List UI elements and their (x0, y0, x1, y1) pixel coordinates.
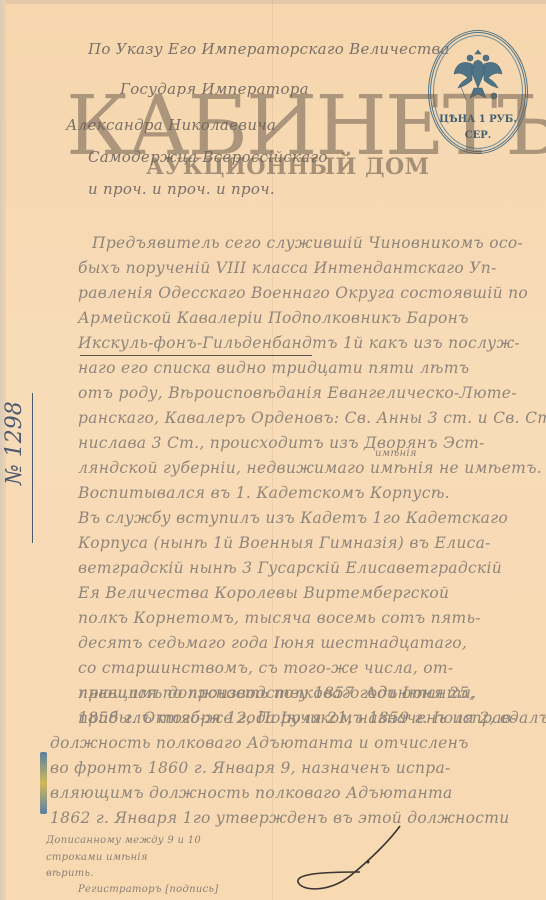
body-line: ранскаго, Кавалеръ Орденовъ: Св. Анны 3 … (78, 409, 546, 427)
body-line: ляндской губерніи, недвижимаго имѣнія не… (78, 459, 542, 477)
footnote-line: строками имѣнія (46, 852, 148, 863)
body-line: должность полковаго Адъютанта и отчислен… (50, 734, 469, 752)
body-line: во фронтъ 1860 г. Января 9, назначенъ ис… (50, 759, 451, 777)
footnote-line: Регистраторъ [подпись] (78, 884, 218, 895)
body-line: Корпуса (нынѣ 1й Военныя Гимназія) въ Ел… (78, 534, 491, 552)
body-line: отъ роду, Вѣроисповѣданія Евангелическо-… (78, 384, 517, 402)
body-line: полкъ Корнетомъ, тысяча восемь сотъ пять… (78, 609, 481, 627)
footnote-line: вѣрить. (46, 868, 94, 879)
body-line: наго его списка видно тридцати пяти лѣтъ (78, 359, 469, 377)
margin-rule (32, 393, 33, 543)
body-line: ветградскій нынѣ 3 Гусарскій Елисаветгра… (78, 559, 502, 577)
body-line: 1858 г. Октября 12, Поручикомъ 1859 г. І… (78, 709, 546, 727)
body-line: равленія Одесскаго Военнаго Округа состо… (78, 284, 528, 302)
interlinear-note: имѣнія (375, 448, 417, 459)
body-line: вляющимъ должность полковаго Адъютанта (50, 784, 453, 802)
binding-ribbon (40, 752, 47, 814)
body-line: Армейской Кавалеріи Подполковникъ Баронъ (78, 309, 469, 327)
body-line: 1862 г. Января 1го утвержденъ въ этой до… (50, 809, 510, 827)
body-line: нислава 3 Ст., происходитъ изъ Дворянъ Э… (78, 434, 485, 452)
body-line: Икскуль-фонъ-Гильденбандтъ 1й какъ изъ п… (78, 334, 520, 352)
body-line: со старшинствомъ, съ того-же числа, от- (78, 659, 453, 677)
watermark-subtitle: АУКЦИОННЫЙ ДОМ (146, 154, 430, 180)
body-line: Воспитывался въ 1. Кадетскомъ Корпусѣ. (78, 484, 450, 502)
paper-edge-top (0, 0, 546, 4)
body-line: Въ службу вступилъ изъ Кадетъ 1го Кадетс… (78, 509, 508, 527)
margin-registry-number: № 1298 (2, 401, 27, 485)
body-line: десятъ седьмаго года Іюня шестнадцатаго, (78, 634, 467, 652)
header-line-5: и проч. и проч. и проч. (88, 180, 275, 198)
name-underline (80, 355, 312, 356)
official-signature (290, 820, 430, 900)
footnote-line: Дописанному между 9 и 10 (46, 835, 201, 846)
body-line: Предъявитель сего служившій Чиновникомъ … (92, 234, 523, 252)
body-line: быхъ порученій VIII класса Интендантскаг… (78, 259, 497, 277)
document-page: По Указу Его Императорскаго Величества Г… (0, 0, 546, 900)
header-line-1: По Указу Его Императорскаго Величества (88, 40, 450, 58)
body-line: ляющимъ должность полковаго Адъютанта, (78, 684, 476, 702)
body-line: Ея Величества Королевы Виртембергской (78, 584, 449, 602)
